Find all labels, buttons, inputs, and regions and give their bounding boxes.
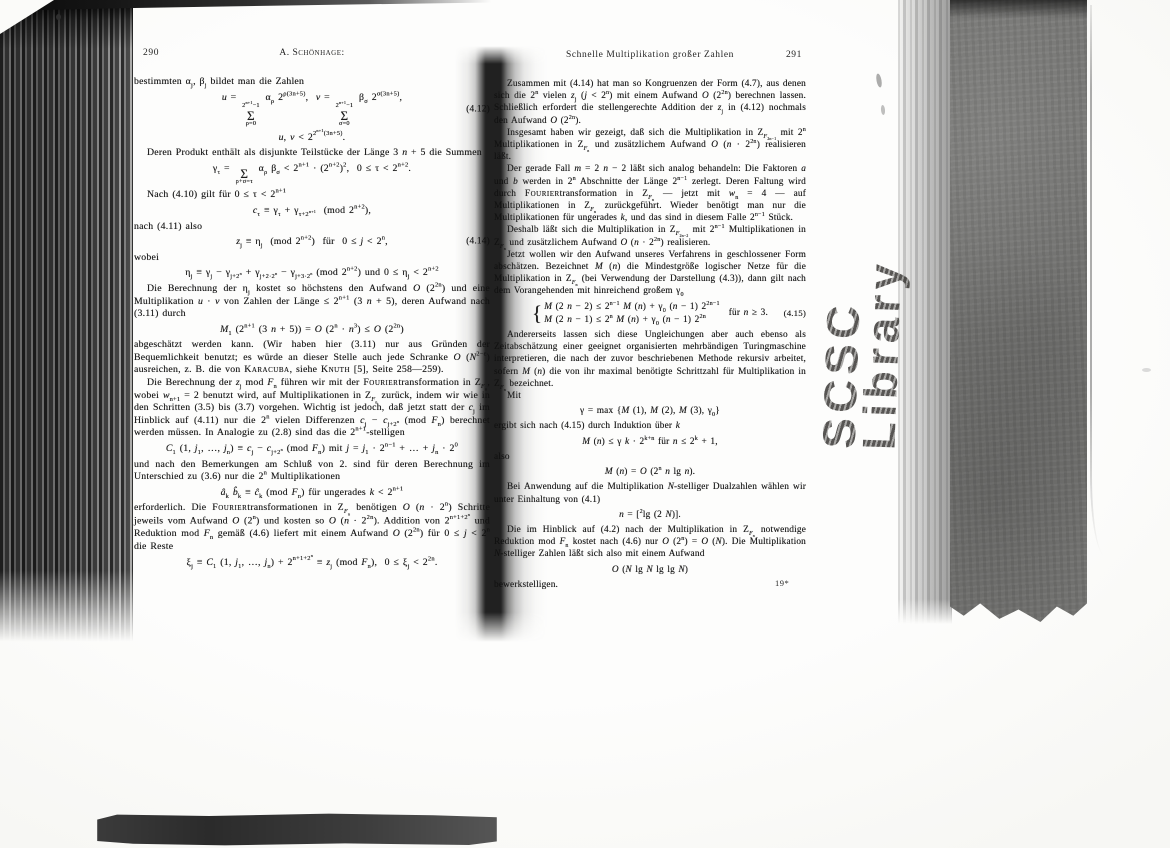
library-stamp: SCSC Library [829,146,915,448]
left_page-paragraph: nach (4.11) also [134,221,490,234]
bleed-smudge [1142,368,1151,372]
left_page-equation: ξj ≡ C1 (1, j1, …, jn) + 2n+1+2n ≡ zj (m… [134,556,490,569]
left_page-equation: âk b̂k ≡ ĉk (mod Fn) für ungerades k < 2… [134,487,490,500]
left_page-paragraph: Die Berechnung der zj mod Fn führen wir … [134,377,490,440]
left-running-head: A. Schönhage: [134,48,490,58]
printers-signature-mark: 19* [775,578,789,588]
gutter-shadow [455,46,547,642]
left_page-paragraph: Nach (4.10) gilt für 0 ≤ τ < 2n+1 [134,189,490,202]
left-page: 290 A. Schönhage: bestimmten αj, βj bild… [134,48,490,572]
left_page-paragraph: und nach den Bemerkungen am Schluß von 2… [134,459,490,484]
left_page-paragraph: wobei [134,252,490,265]
left-page-header: 290 A. Schönhage: [134,48,490,61]
left_page-equation: M1 (2n+1 (3 n + 5)) = O (2n · n3) ≤ O (2… [134,324,490,337]
left_page-equation: cτ ≡ γτ + γτ+2n+1 (mod 2n+2), [134,205,490,218]
left_page-paragraph: Deren Produkt enthält als disjunkte Teil… [134,147,490,160]
left_page-paragraph: Die Berechnung der ηj kostet so höchsten… [134,283,490,321]
left_page-equation: γτ = Σρ+σ=τ αρ βσ < 2n+1 · (2n+2)2, 0 ≤ … [134,163,490,187]
left_page-equation: u, v < 22n+1(3n+5). [134,131,490,144]
left-page-number: 290 [143,48,159,58]
page-edge-line [1090,5,1106,557]
scan-background-band-right [950,0,1087,622]
left_page-equation: ηj ≡ γj − γj+2n + γj+2·2n − γj+3·2n (mod… [134,267,490,280]
bleed-smudge [875,73,882,88]
bottom-scan-bar [97,813,497,846]
scanned-book-spread: 290 A. Schönhage: bestimmten αj, βj bild… [0,0,1170,848]
left-page-body: bestimmten αj, βj bildet man die Zahlenu… [134,76,490,569]
right-page-number: 291 [786,50,802,60]
equation-number: (4.15) [784,307,806,319]
left_page-equation: zj ≡ ηj (mod 2n+2) für 0 ≤ j < 2n,(4.14) [134,236,490,249]
left_page-paragraph: erforderlich. Die Fouriertransformatione… [134,502,490,553]
left_page-equation: C1 (1, j1, …, jn) ≡ cj − cj+2n (mod Fn) … [134,443,490,456]
bleed-smudge [881,105,886,115]
left_page-paragraph: abgeschätzt werden kann. (Wir haben hier… [134,339,490,377]
left_page-paragraph: bestimmten αj, βj bildet man die Zahlen [134,76,490,89]
left_page-equation: u = 2n+1−1Σρ=0 αρ 2ρ(3n+5), v = 2n+1−1Σσ… [134,92,490,129]
library-stamp-text: SCSC Library [818,146,914,451]
binding-shadow-left [0,4,133,648]
corner-speck [56,14,61,20]
